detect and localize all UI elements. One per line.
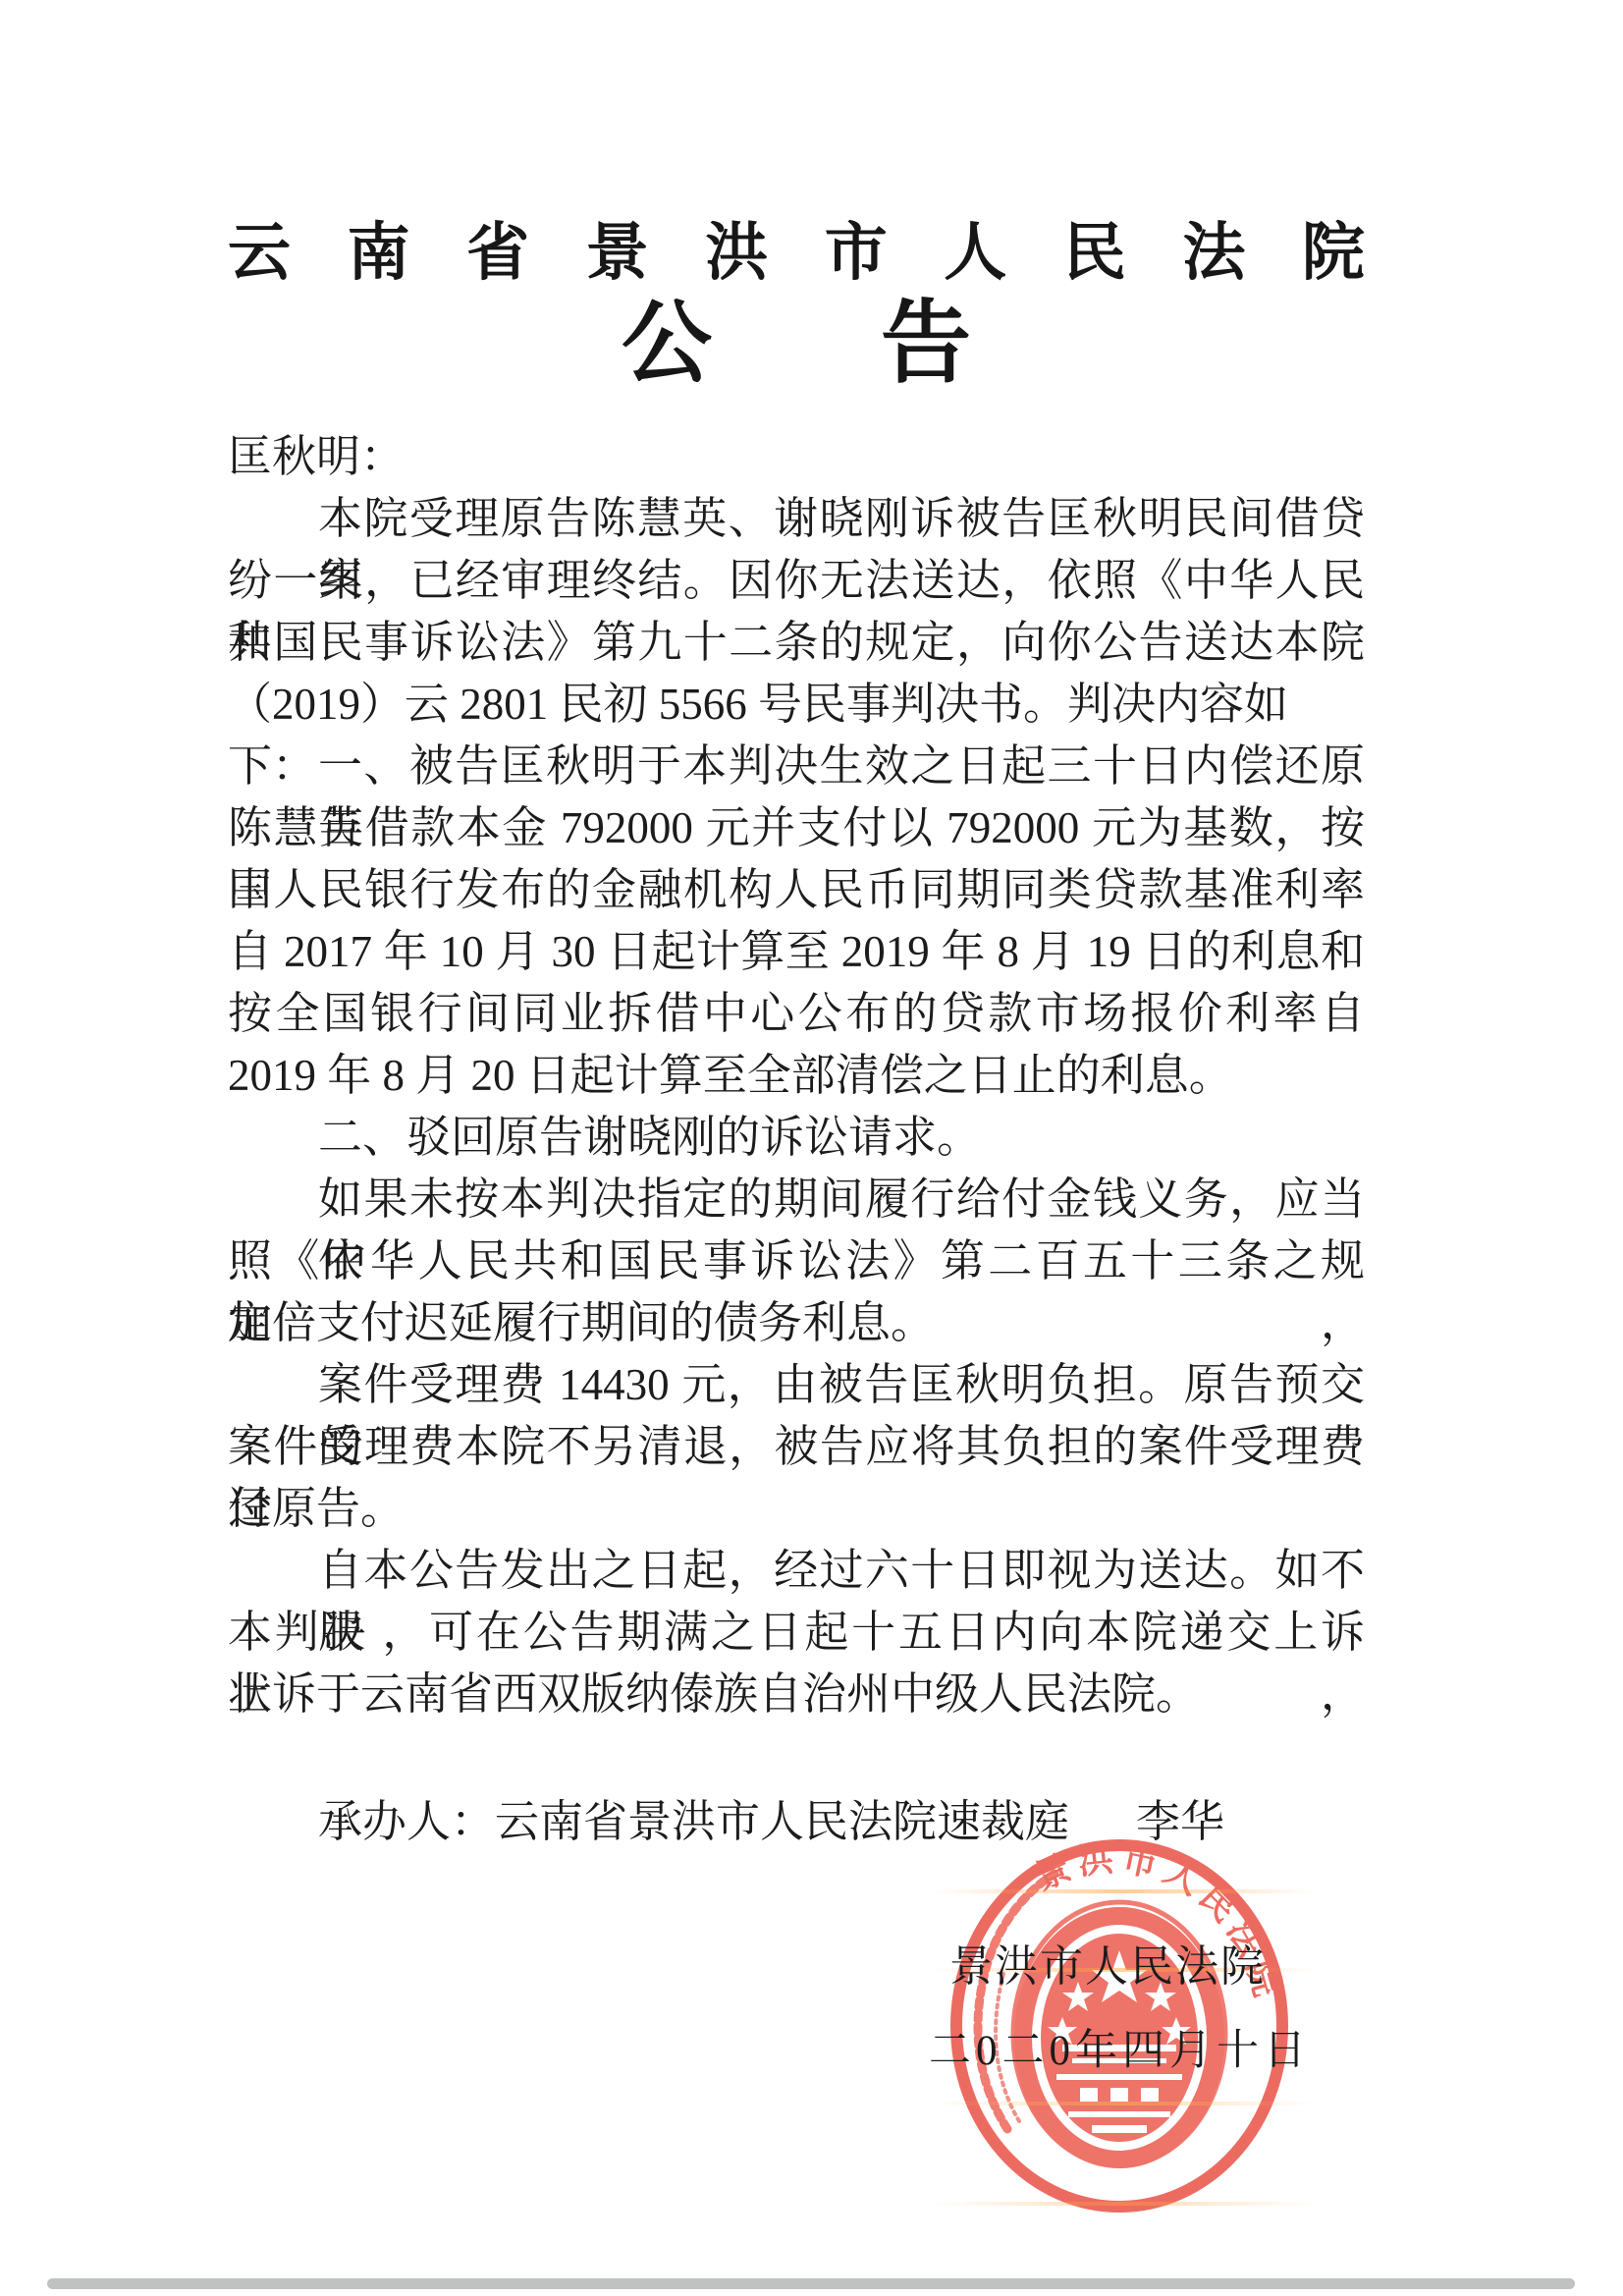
body-line: 本判决 ，可在公告期满之日起十五日内向本院递交上诉状， xyxy=(228,1602,1365,1664)
body-line: 案件受理费 14430 元，由被告匡秋明负担。原告预交的 xyxy=(228,1354,1365,1416)
body-line: 如果未按本判决指定的期间履行给付金钱义务，应当依 xyxy=(228,1169,1365,1230)
body-line: 国人民银行发布的金融机构人民币同期同类贷款基准利率 xyxy=(228,859,1365,921)
body-line: 照《中华人民共和国民事诉讼法》第二百五十三条之规定， xyxy=(228,1230,1365,1292)
body-line: 自本公告发出之日起，经过六十日即视为送达。如不服 xyxy=(228,1540,1365,1602)
signature-court-name: 景洪市人民法院 xyxy=(949,1931,1266,1994)
body-line: 二、驳回原告谢晓刚的诉讼请求。 xyxy=(228,1107,1365,1169)
body-line: 付原告。 xyxy=(228,1478,1365,1540)
signature-date: 二0二0年四月十日 xyxy=(929,2017,1311,2077)
body-line: 和国民事诉讼法》第九十二条的规定，向你公告送达本院 xyxy=(228,612,1365,674)
body-line: 本院受理原告陈慧英、谢晓刚诉被告匡秋明民间借贷纠 xyxy=(228,488,1365,550)
body-line: 案件受理费本院不另清退，被告应将其负担的案件受理费迳 xyxy=(228,1416,1365,1478)
body-line: 陈慧英借款本金 792000 元并支付以 792000 元为基数，按中 xyxy=(228,797,1365,859)
court-notice-document: 云南省景洪市人民法院 公告 匡秋明： 本院受理原告陈慧英、谢晓刚诉被告匡秋明民间… xyxy=(0,0,1623,2296)
salutation: 匡秋明： xyxy=(228,426,1365,488)
body-line: 上诉于云南省西双版纳傣族自治州中级人民法院。 xyxy=(228,1664,1365,1725)
body-line: 纷一案，已经审理终结。因你无法送达，依照《中华人民共 xyxy=(228,550,1365,612)
body-line: （2019）云 2801 民初 5566 号民事判决书。判决内容如下： xyxy=(228,674,1365,736)
body-line: 一、被告匡秋明于本判决生效之日起三十日内偿还原告 xyxy=(228,736,1365,797)
notice-body: 匡秋明： 本院受理原告陈慧英、谢晓刚诉被告匡秋明民间借贷纠 纷一案，已经审理终结… xyxy=(228,426,1365,1725)
document-court-title: 云南省景洪市人民法院 xyxy=(228,214,1365,291)
document-notice-title: 公告 xyxy=(622,293,971,395)
body-line: 按全国银行间同业拆借中心公布的贷款市场报价利率自 xyxy=(228,983,1365,1045)
scan-edge-band xyxy=(47,2278,1575,2289)
body-line: 2019 年 8 月 20 日起计算至全部清偿之日止的利息。 xyxy=(228,1045,1365,1107)
body-line: 自 2017 年 10 月 30 日起计算至 2019 年 8 月 19 日的利… xyxy=(228,921,1365,983)
notice-title-row: 公告 xyxy=(228,293,1365,395)
